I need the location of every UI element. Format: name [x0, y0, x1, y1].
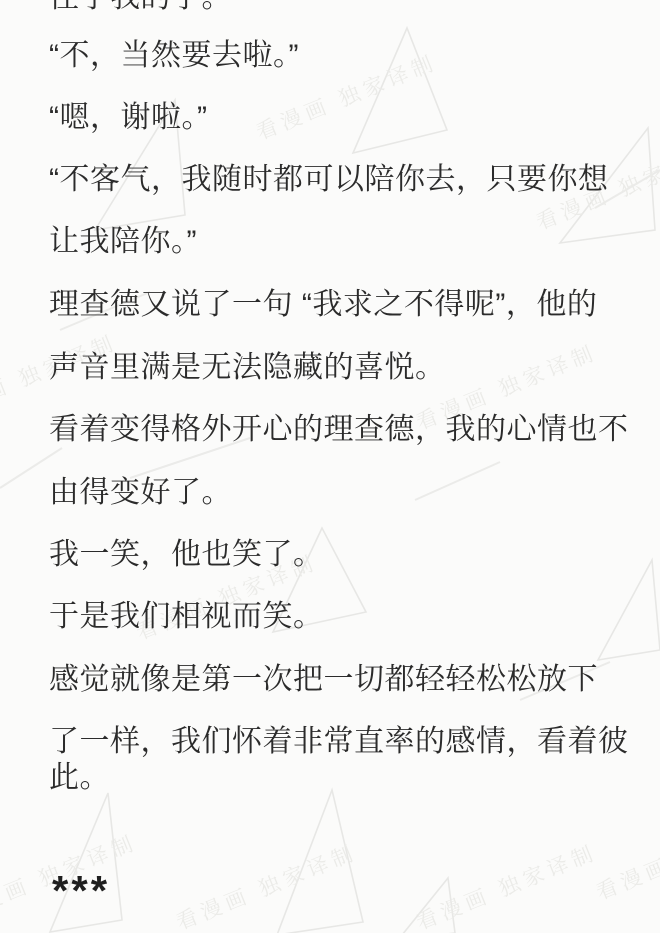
reader-page[interactable]: 看漫画 独家译制 看漫画 独家译制 看漫画 独家译制 看漫画 独家译制 看漫画 …: [0, 0, 660, 933]
text-line: 由得变好了。: [49, 476, 232, 510]
text-line: 住了我的手。: [49, 0, 232, 15]
text-line: 看着变得格外开心的理查德，我的心情也不: [49, 413, 629, 447]
text-line: 感觉就像是第一次把一切都轻轻松松放下: [49, 663, 598, 697]
text-line: 理查德又说了一句 “我求之不得呢”，他的: [49, 288, 597, 322]
text-line: “不，当然要去啦。”: [49, 39, 299, 73]
novel-text-body: 住了我的手。 “不，当然要去啦。” “嗯，谢啦。” “不客气，我随时都可以陪你去…: [0, 0, 660, 933]
text-line: 我一笑，他也笑了。: [49, 538, 324, 572]
text-line: 让我陪你。”: [49, 225, 197, 259]
text-line: 了一样，我们怀着非常直率的感情，看着彼: [49, 725, 629, 759]
text-line: 声音里满是无法隐藏的喜悦。: [49, 351, 446, 385]
text-line: “不客气，我随时都可以陪你去，只要你想: [49, 163, 609, 197]
text-line: 于是我们相视而笑。: [49, 600, 324, 634]
text-line: 此。: [49, 761, 110, 795]
text-line: “嗯，谢啦。”: [49, 101, 207, 135]
section-separator: ***: [52, 876, 110, 906]
